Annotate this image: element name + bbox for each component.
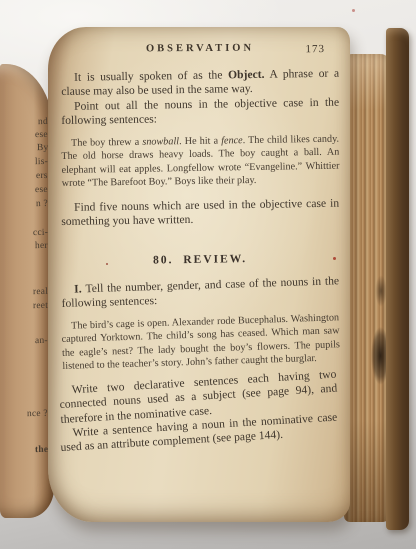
paper-speck [352, 9, 355, 12]
bold-term-object: Object. [228, 68, 265, 82]
left-page-fragment: cci- [33, 229, 48, 239]
page-content: OBSERVATION 173 It is usually spoken of … [61, 43, 339, 455]
book-photo: nd ese By lis- ers ese n ? cci- her real… [0, 0, 416, 549]
running-header: OBSERVATION 173 [61, 42, 339, 60]
paragraph-find-five: Find five nouns which are used in the ob… [61, 197, 339, 230]
paper-speck [333, 257, 336, 260]
paper-speck [106, 263, 108, 265]
exercise-text: The boy threw a [71, 137, 142, 149]
left-page-fragment: her [35, 242, 48, 252]
paragraph-point-out: Point out all the nouns in the objective… [61, 95, 339, 128]
left-page-fragment: ese [35, 131, 48, 141]
left-page-fragment: ers [36, 172, 48, 182]
paragraph-review-task: I. Tell the number, gender, and case of … [61, 274, 340, 311]
italic-word-fence: fence [221, 135, 243, 146]
roman-numeral: I. [74, 282, 86, 295]
left-page-fragment: nd [38, 118, 48, 128]
paragraph-text: Tell the number, gender, and case of the… [61, 274, 339, 310]
paragraph-text: It is usually spoken of as the [74, 68, 228, 83]
left-page-fragment: real [33, 288, 48, 298]
exercise-text: . He hit a [179, 135, 221, 147]
left-page-fragment: reet [33, 302, 48, 312]
paragraph-object: It is usually spoken of as the Object. A… [61, 67, 339, 100]
italic-word-snowball: snowball [142, 136, 179, 148]
left-page-fragment: ese [35, 186, 48, 196]
right-page: OBSERVATION 173 It is usually spoken of … [48, 27, 350, 522]
left-page-fragment: lis- [35, 158, 48, 168]
book-cover-edge [386, 28, 409, 530]
left-facing-page: nd ese By lis- ers ese n ? cci- her real… [0, 64, 54, 518]
left-page-fragment: n ? [36, 200, 48, 210]
section-heading-review: 80. REVIEW. [61, 251, 339, 267]
left-page-fragment: an- [35, 337, 48, 347]
left-page-fragment: nce ? [27, 410, 48, 420]
running-title: OBSERVATION [61, 42, 339, 55]
left-page-fragment: By [36, 144, 48, 154]
left-page-fragment: the [35, 446, 48, 456]
page-number: 173 [305, 43, 325, 55]
exercise-sentences-1: The boy threw a snowball. He hit a fence… [61, 133, 340, 190]
exercise-sentences-2: The bird’s cage is open. Alexander rode … [61, 311, 341, 373]
